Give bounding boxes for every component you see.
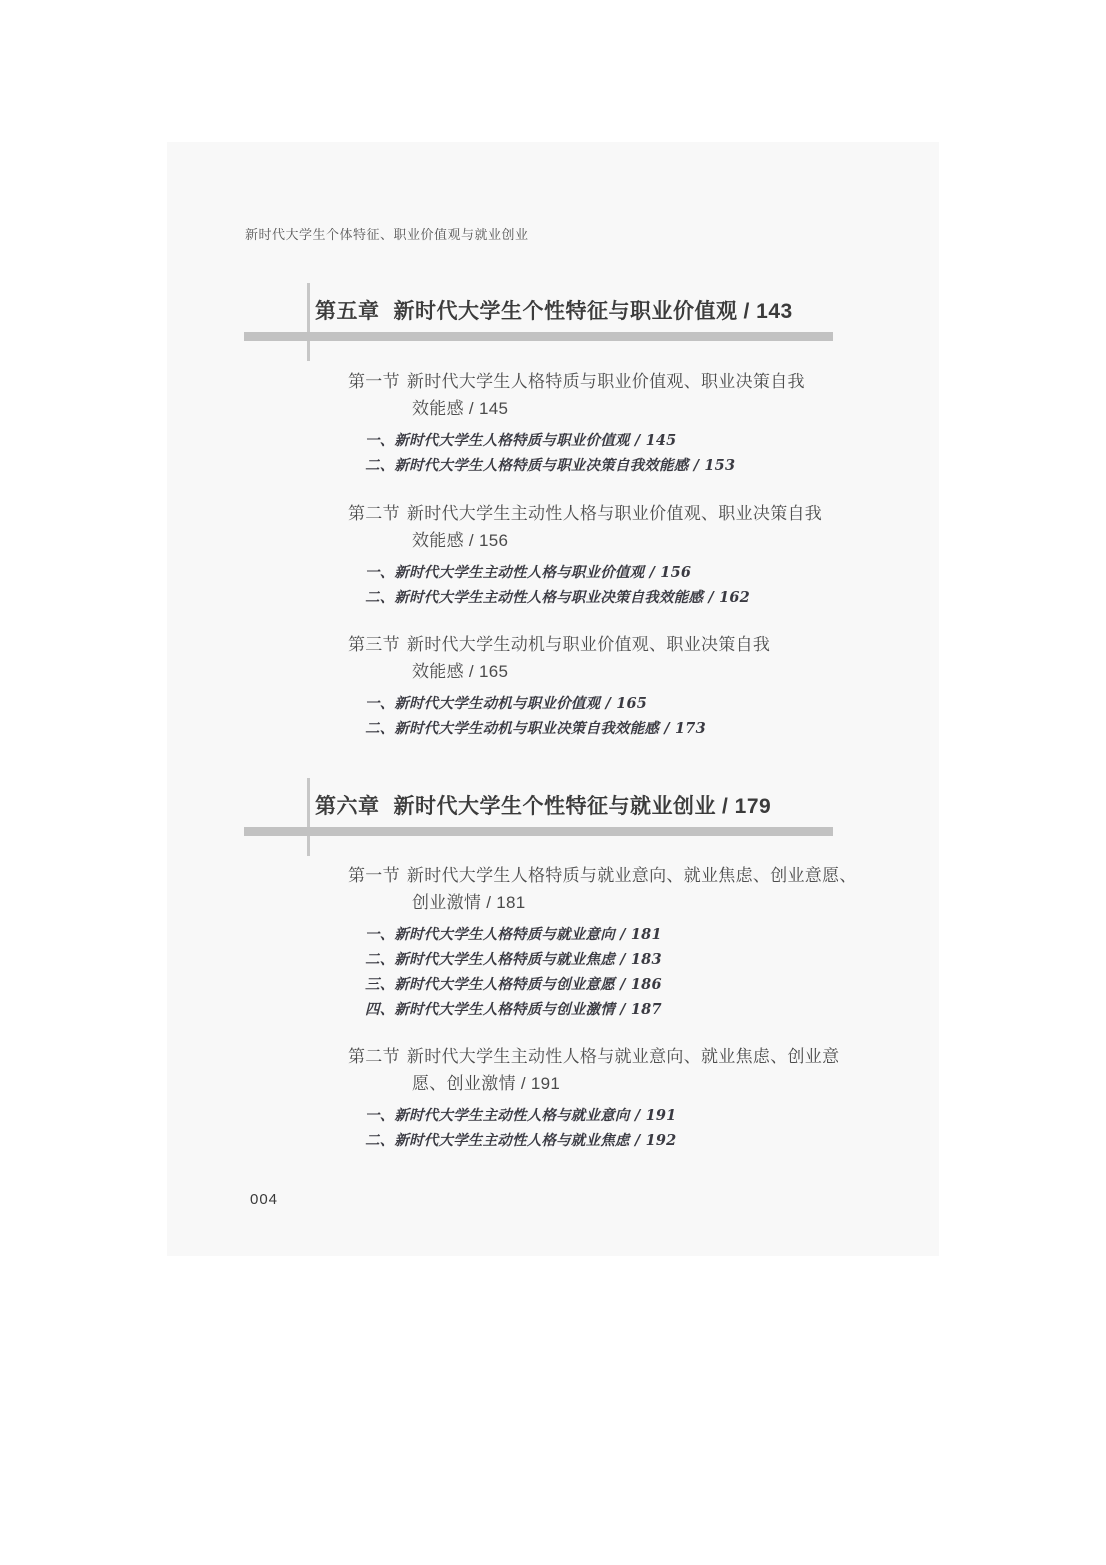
section-title-line1: 第三节新时代大学生动机与职业价值观、职业决策自我 bbox=[348, 631, 888, 658]
chapter-label: 第六章 bbox=[315, 795, 380, 818]
section-title-line1: 第一节新时代大学生人格特质与职业价值观、职业决策自我 bbox=[348, 368, 888, 395]
page-number: 004 bbox=[250, 1191, 278, 1209]
toc-entry: 二、新时代大学生动机与职业决策自我效能感 / 173 bbox=[365, 716, 888, 741]
chapter-page-ref: / 143 bbox=[744, 300, 793, 323]
chapter-label: 第五章 bbox=[315, 300, 380, 323]
section-title-line2: 创业激情 / 181 bbox=[412, 889, 888, 916]
section-items: 一、新时代大学生人格特质与就业意向 / 181 二、新时代大学生人格特质与就业焦… bbox=[365, 922, 888, 1022]
chapter-title: 第六章新时代大学生个性特征与就业创业/ 179 bbox=[315, 793, 771, 820]
running-head: 新时代大学生个体特征、职业价值观与就业创业 bbox=[245, 227, 529, 243]
chapter-6-heading: 第六章新时代大学生个性特征与就业创业/ 179 bbox=[244, 778, 844, 858]
section-title-line1: 第一节新时代大学生人格特质与就业意向、就业焦虑、创业意愿、 bbox=[348, 862, 888, 889]
section-label: 第二节 bbox=[348, 1047, 400, 1066]
toc-entry: 二、新时代大学生人格特质与就业焦虑 / 183 bbox=[365, 947, 888, 972]
section-items: 一、新时代大学生动机与职业价值观 / 165 二、新时代大学生动机与职业决策自我… bbox=[365, 691, 888, 741]
document-viewport: { "page": { "running_head": "新时代大学生个体特征、… bbox=[0, 0, 1106, 1565]
section-6-1: 第一节新时代大学生人格特质与就业意向、就业焦虑、创业意愿、 创业激情 / 181… bbox=[348, 862, 888, 1022]
toc-entry: 一、新时代大学生人格特质与就业意向 / 181 bbox=[365, 922, 888, 947]
chapter-accent-line bbox=[307, 778, 310, 856]
section-items: 一、新时代大学生人格特质与职业价值观 / 145 二、新时代大学生人格特质与职业… bbox=[365, 428, 888, 478]
toc-entry: 二、新时代大学生主动性人格与就业焦虑 / 192 bbox=[365, 1128, 888, 1153]
section-items: 一、新时代大学生主动性人格与职业价值观 / 156 二、新时代大学生主动性人格与… bbox=[365, 560, 888, 610]
chapter-title-text: 新时代大学生个性特征与职业价值观 bbox=[394, 300, 738, 323]
chapter-page-ref: / 179 bbox=[722, 795, 771, 818]
toc-entry: 一、新时代大学生主动性人格与就业意向 / 191 bbox=[365, 1103, 888, 1128]
section-6-2: 第二节新时代大学生主动性人格与就业意向、就业焦虑、创业意 愿、创业激情 / 19… bbox=[348, 1043, 888, 1153]
chapter-underline-bar bbox=[244, 332, 833, 341]
section-5-1: 第一节新时代大学生人格特质与职业价值观、职业决策自我 效能感 / 145 一、新… bbox=[348, 368, 888, 478]
section-title-text: 新时代大学生主动性人格与职业价值观、职业决策自我 bbox=[407, 504, 822, 523]
toc-entry: 二、新时代大学生主动性人格与职业决策自我效能感 / 162 bbox=[365, 585, 888, 610]
section-title-line2: 效能感 / 156 bbox=[412, 527, 888, 554]
chapter-underline-bar bbox=[244, 827, 833, 836]
section-title-text: 新时代大学生人格特质与就业意向、就业焦虑、创业意愿、 bbox=[407, 866, 857, 885]
section-5-2: 第二节新时代大学生主动性人格与职业价值观、职业决策自我 效能感 / 156 一、… bbox=[348, 500, 888, 610]
section-title-text: 新时代大学生主动性人格与就业意向、就业焦虑、创业意 bbox=[407, 1047, 840, 1066]
chapter-title-text: 新时代大学生个性特征与就业创业 bbox=[394, 795, 717, 818]
section-title-line1: 第二节新时代大学生主动性人格与职业价值观、职业决策自我 bbox=[348, 500, 888, 527]
section-title-line1: 第二节新时代大学生主动性人格与就业意向、就业焦虑、创业意 bbox=[348, 1043, 888, 1070]
section-title-line2: 效能感 / 165 bbox=[412, 658, 888, 685]
chapter-accent-line bbox=[307, 283, 310, 361]
toc-entry: 四、新时代大学生人格特质与创业激情 / 187 bbox=[365, 997, 888, 1022]
section-items: 一、新时代大学生主动性人格与就业意向 / 191 二、新时代大学生主动性人格与就… bbox=[365, 1103, 888, 1153]
toc-entry: 一、新时代大学生人格特质与职业价值观 / 145 bbox=[365, 428, 888, 453]
section-label: 第二节 bbox=[348, 504, 400, 523]
section-title-text: 新时代大学生动机与职业价值观、职业决策自我 bbox=[407, 635, 770, 654]
section-label: 第一节 bbox=[348, 372, 400, 391]
toc-entry: 一、新时代大学生主动性人格与职业价值观 / 156 bbox=[365, 560, 888, 585]
toc-entry: 三、新时代大学生人格特质与创业意愿 / 186 bbox=[365, 972, 888, 997]
section-title-line2: 愿、创业激情 / 191 bbox=[412, 1070, 888, 1097]
toc-page: 新时代大学生个体特征、职业价值观与就业创业 第五章新时代大学生个性特征与职业价值… bbox=[167, 142, 939, 1256]
section-title-line2: 效能感 / 145 bbox=[412, 395, 888, 422]
toc-entry: 一、新时代大学生动机与职业价值观 / 165 bbox=[365, 691, 888, 716]
chapter-5-heading: 第五章新时代大学生个性特征与职业价值观/ 143 bbox=[244, 283, 844, 363]
section-label: 第三节 bbox=[348, 635, 400, 654]
section-5-3: 第三节新时代大学生动机与职业价值观、职业决策自我 效能感 / 165 一、新时代… bbox=[348, 631, 888, 741]
chapter-title: 第五章新时代大学生个性特征与职业价值观/ 143 bbox=[315, 298, 793, 325]
toc-entry: 二、新时代大学生人格特质与职业决策自我效能感 / 153 bbox=[365, 453, 888, 478]
section-label: 第一节 bbox=[348, 866, 400, 885]
section-title-text: 新时代大学生人格特质与职业价值观、职业决策自我 bbox=[407, 372, 805, 391]
